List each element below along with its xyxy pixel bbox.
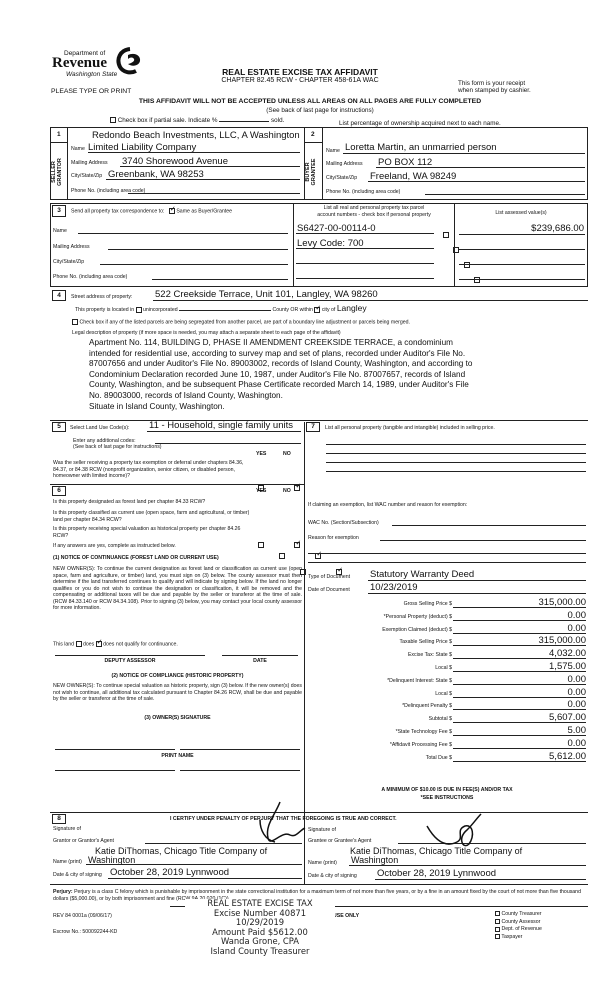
notice1-text: NEW OWNER(S): To continue the current de… bbox=[53, 566, 302, 612]
s6-question: Is this property receiving special valua… bbox=[53, 526, 251, 539]
grantee-sig-label-2: Grantee or Grantee's Agent bbox=[308, 838, 371, 845]
grantor-date-field[interactable]: October 28, 2019 Lynnwood bbox=[110, 867, 229, 878]
does-not-checkbox[interactable] bbox=[96, 641, 102, 647]
section5-number: 5 bbox=[52, 422, 66, 432]
wac-field[interactable] bbox=[392, 525, 586, 526]
legal-line: 87007656 and under Auditor's File No. 89… bbox=[89, 359, 472, 370]
minimum-note: A MINIMUM OF $10.00 IS DUE IN FEE(S) AND… bbox=[308, 787, 586, 794]
personal-property-line-2[interactable] bbox=[326, 453, 586, 454]
city-of-field[interactable]: Langley bbox=[337, 303, 367, 313]
wac-label: WAC No. (Section/Subsection) bbox=[308, 520, 379, 527]
same-as-buyer-checkbox[interactable] bbox=[169, 208, 175, 214]
agency-line2: Revenue bbox=[52, 56, 107, 71]
amount-label: Gross Selling Price $ bbox=[308, 601, 452, 608]
amount-label: *Delinquent Interest: State $ bbox=[308, 678, 452, 685]
corr-name-label: Name bbox=[53, 228, 67, 235]
legal-line: Situate in Island County, Washington. bbox=[89, 402, 472, 413]
amount-label: *State Technology Fee $ bbox=[308, 729, 452, 736]
seller-grantor-label: SELLERGRANTOR bbox=[51, 152, 63, 192]
print-name-label: PRINT NAME bbox=[55, 753, 300, 760]
personal-property-label: List all personal property (tangible and… bbox=[325, 425, 495, 432]
doc-date-label: Date of Document bbox=[308, 587, 350, 594]
reason-field[interactable] bbox=[380, 540, 586, 541]
s5-question: Was the seller receiving a property tax … bbox=[53, 460, 253, 480]
city-checkbox[interactable] bbox=[314, 307, 320, 313]
assessor-date-line[interactable] bbox=[222, 655, 298, 656]
copy-item: Taxpayer bbox=[495, 934, 542, 941]
legal-line: Apartment No. 114, BUILDING D, PHASE II … bbox=[89, 338, 472, 349]
section7-number: 7 bbox=[306, 422, 320, 432]
assessed-header: List assessed value(s) bbox=[456, 210, 586, 217]
doc-type-label: Type of Document bbox=[308, 574, 350, 581]
legal-line: No. 89003000, records of Island County, … bbox=[89, 391, 472, 402]
doc-date-field[interactable]: 10/23/2019 bbox=[370, 582, 418, 593]
owner-signature-line-2[interactable] bbox=[180, 749, 300, 750]
copy-distribution-list: County Treasurer County Assessor Dept. o… bbox=[495, 911, 542, 942]
corr-mailing-field[interactable] bbox=[108, 249, 288, 250]
s6-question: Is this property classified as current u… bbox=[53, 510, 251, 523]
personal-property-line-3[interactable] bbox=[326, 462, 586, 463]
receipt-note-1: This form is your receipt bbox=[458, 80, 525, 87]
personal-property-line-1[interactable] bbox=[326, 444, 586, 445]
additional-codes-note: (See back of last page for instructions) bbox=[73, 444, 162, 451]
see-instructions: *SEE INSTRUCTIONS bbox=[308, 795, 586, 802]
s6-yes-checkbox[interactable] bbox=[279, 553, 285, 559]
owner-signature-label: (3) OWNER(S) SIGNATURE bbox=[53, 715, 302, 722]
buyer-phone-label: Phone No. (including area code) bbox=[326, 189, 400, 196]
sold-label: sold. bbox=[271, 117, 284, 124]
escrow-number: Escrow No.: 500092244-KD bbox=[53, 929, 117, 936]
grantee-name-label: Name (print) bbox=[308, 860, 337, 867]
buyer-name-field[interactable]: Loretta Martin, an unmarried person bbox=[345, 142, 497, 153]
notice2-text: NEW OWNER(S): To continue special valuat… bbox=[53, 683, 302, 703]
amount-label: Local $ bbox=[308, 665, 452, 672]
please-type-note: PLEASE TYPE OR PRINT bbox=[51, 88, 131, 95]
grantor-date-label: Date & city of signing bbox=[53, 872, 102, 879]
if-yes-note: If any answers are yes, complete as inst… bbox=[53, 543, 176, 550]
legal-description-label: Legal description of property (if more s… bbox=[72, 330, 341, 337]
print-name-line-1[interactable] bbox=[55, 770, 175, 771]
grantee-date-field[interactable]: October 28, 2019 Lynnwood bbox=[377, 868, 496, 879]
date-label: DATE bbox=[222, 658, 298, 665]
legal-line: intended for residential use, according … bbox=[89, 349, 472, 360]
send-correspondence-label: Send all property tax correspondence to:… bbox=[71, 208, 232, 215]
street-address-label: Street address of property: bbox=[71, 294, 132, 301]
agency-line3: Washington State bbox=[66, 71, 117, 78]
partial-sale-row: Check box if partial sale. Indicate % so… bbox=[110, 117, 284, 124]
grantor-sig-label-1: Signature of bbox=[53, 826, 81, 833]
exemption-intro: If claiming an exemption, list WAC numbe… bbox=[308, 502, 467, 509]
grantee-name-field[interactable]: Washington bbox=[351, 855, 398, 865]
parcel-list: S6427-00-00114-0 $239,686.00 Levy Code: … bbox=[0, 0, 600, 18]
amount-label: *Affidavit Processing Fee $ bbox=[308, 742, 452, 749]
s5-no-header: NO bbox=[283, 451, 291, 458]
land-use-field[interactable]: 11 - Household, single family units bbox=[149, 420, 293, 431]
seller-name-label: Name bbox=[71, 146, 85, 153]
dor-logo: Department of Revenue Washington State bbox=[52, 48, 142, 88]
grantor-sig-label-2: Grantor or Grantor's Agent bbox=[53, 838, 114, 845]
copy-item: Dept. of Revenue bbox=[495, 926, 542, 933]
section1-number: 1 bbox=[57, 131, 61, 138]
see-back-note: (See back of last page for instructions) bbox=[200, 107, 440, 114]
buyer-phone-field[interactable] bbox=[425, 194, 585, 195]
copy-checkbox[interactable] bbox=[495, 919, 500, 924]
warning-banner: THIS AFFIDAVIT WILL NOT BE ACCEPTED UNLE… bbox=[100, 98, 520, 105]
corr-phone-field[interactable] bbox=[152, 279, 288, 280]
section4-number: 4 bbox=[52, 290, 66, 301]
continuance-row: This land does does not qualify for cont… bbox=[53, 641, 178, 648]
owner-signature-line-1[interactable] bbox=[55, 749, 175, 750]
partial-sale-checkbox[interactable] bbox=[110, 117, 116, 123]
dor-swoosh-icon bbox=[114, 47, 144, 75]
amount-label: *Delinquent Penalty $ bbox=[308, 703, 452, 710]
amount-label: Taxable Selling Price $ bbox=[308, 639, 452, 646]
corr-city-field[interactable] bbox=[100, 264, 288, 265]
legal-line: County, Washington, and be subsequent Ph… bbox=[89, 380, 472, 391]
corr-mailing-label: Mailing Address bbox=[53, 244, 90, 251]
section2-number: 2 bbox=[311, 131, 315, 138]
grantor-signature-scribble-icon bbox=[230, 800, 310, 850]
buyer-city-label: City/State/Zip bbox=[326, 175, 357, 182]
grantee-date-label: Date & city of signing bbox=[308, 873, 357, 880]
amount-label: Exemption Claimed (deduct) $ bbox=[308, 627, 452, 634]
additional-codes-field[interactable] bbox=[155, 443, 301, 444]
amount-label: Subtotal $ bbox=[308, 716, 452, 723]
stamp-office: Island County Treasurer bbox=[185, 947, 335, 957]
reason-label: Reason for exemption bbox=[308, 535, 359, 542]
s6-yes-header: YES bbox=[256, 488, 266, 495]
s5-yes-header: YES bbox=[256, 451, 266, 458]
form-title: REAL ESTATE EXCISE TAX AFFIDAVIT bbox=[180, 67, 420, 77]
print-name-line-2[interactable] bbox=[180, 770, 300, 771]
rev-number: REV 84 0001a (09/06/17) bbox=[53, 913, 112, 920]
s6-yes-checkbox[interactable] bbox=[258, 542, 264, 548]
buyer-name-label: Name bbox=[326, 148, 340, 155]
amount-label: Total Due $ bbox=[308, 755, 452, 762]
section3-number: 3 bbox=[52, 205, 66, 217]
located-row: This property is located in unincorporat… bbox=[75, 305, 367, 314]
corr-city-label: City/State/Zip bbox=[53, 259, 84, 266]
personal-property-checkbox[interactable] bbox=[443, 232, 449, 238]
buyer-grantee-label: BUYERGRANTEE bbox=[305, 152, 317, 192]
assessed-value[interactable]: $239,686.00 bbox=[460, 223, 584, 234]
grantor-name-label: Name (print) bbox=[53, 859, 82, 866]
buyer-mailing-label: Mailing Address bbox=[326, 161, 363, 168]
street-address-field[interactable]: 522 Creekside Terrace, Unit 101, Langley… bbox=[155, 289, 378, 300]
seller-city-label: City/State/Zip bbox=[71, 173, 102, 180]
amount-label: Excise Tax: State $ bbox=[308, 652, 452, 659]
form-subtitle: CHAPTER 82.45 RCW - CHAPTER 458-61A WAC bbox=[180, 77, 420, 84]
s6-no-header: NO bbox=[283, 488, 291, 495]
county-field[interactable] bbox=[179, 310, 271, 311]
legal-line: Condominium Declaration recorded June 10… bbox=[89, 370, 472, 381]
does-checkbox[interactable] bbox=[76, 641, 82, 647]
ownership-note: List percentage of ownership acquired ne… bbox=[339, 120, 501, 127]
seller-mailing-label: Mailing Address bbox=[71, 160, 108, 167]
seller-phone-field[interactable] bbox=[128, 193, 300, 194]
use-only-label: USE ONLY bbox=[333, 913, 359, 920]
copy-item: County Treasurer bbox=[495, 911, 542, 918]
legal-description: Apartment No. 114, BUILDING D, PHASE II … bbox=[89, 338, 472, 412]
receipt-note-2: when stamped by cashier. bbox=[458, 87, 531, 94]
segregated-checkbox[interactable] bbox=[72, 319, 78, 325]
doc-type-field[interactable]: Statutory Warranty Deed bbox=[370, 569, 474, 580]
partial-sale-label: Check box if partial sale. Indicate % bbox=[118, 117, 218, 124]
s5-no-checkbox[interactable] bbox=[294, 485, 300, 491]
notice2-title: (2) NOTICE OF COMPLIANCE (HISTORIC PROPE… bbox=[53, 673, 302, 680]
treasurer-stamp: REAL ESTATE EXCISE TAX Excise Number 408… bbox=[185, 899, 335, 957]
copy-checkbox[interactable] bbox=[495, 927, 500, 932]
segregated-row: Check box if any of the listed parcels a… bbox=[72, 319, 410, 326]
amount-label: *Personal Property (deduct) $ bbox=[308, 614, 452, 621]
personal-property-line-4[interactable] bbox=[326, 471, 586, 472]
copy-checkbox[interactable] bbox=[495, 934, 500, 939]
corr-phone-label: Phone No. (including area code) bbox=[53, 274, 127, 281]
notice1-title: (1) NOTICE OF CONTINUANCE (FOREST LAND O… bbox=[53, 555, 219, 562]
unincorporated-checkbox[interactable] bbox=[136, 307, 142, 313]
copy-checkbox[interactable] bbox=[495, 911, 500, 916]
deputy-assessor-label: DEPUTY ASSESSOR bbox=[55, 658, 205, 665]
partial-sale-percent-field[interactable] bbox=[219, 121, 269, 122]
s6-question: Is this property designated as forest la… bbox=[53, 499, 251, 506]
copy-item: County Assessor bbox=[495, 919, 542, 926]
section6-number: 6 bbox=[52, 486, 66, 496]
s6-no-checkbox[interactable] bbox=[294, 542, 300, 548]
land-use-label: Select Land Use Code(s): bbox=[70, 425, 129, 432]
seller-name-line1: Redondo Beach Investments, LLC, A Washin… bbox=[92, 130, 300, 141]
section8-number: 8 bbox=[52, 814, 66, 824]
parcel-header: List all real and personal property tax … bbox=[295, 205, 453, 218]
amount-label: Local $ bbox=[308, 691, 452, 698]
corr-name-field[interactable] bbox=[78, 233, 288, 234]
deputy-assessor-signature-line[interactable] bbox=[55, 655, 205, 656]
grantee-sig-label-1: Signature of bbox=[308, 827, 336, 834]
